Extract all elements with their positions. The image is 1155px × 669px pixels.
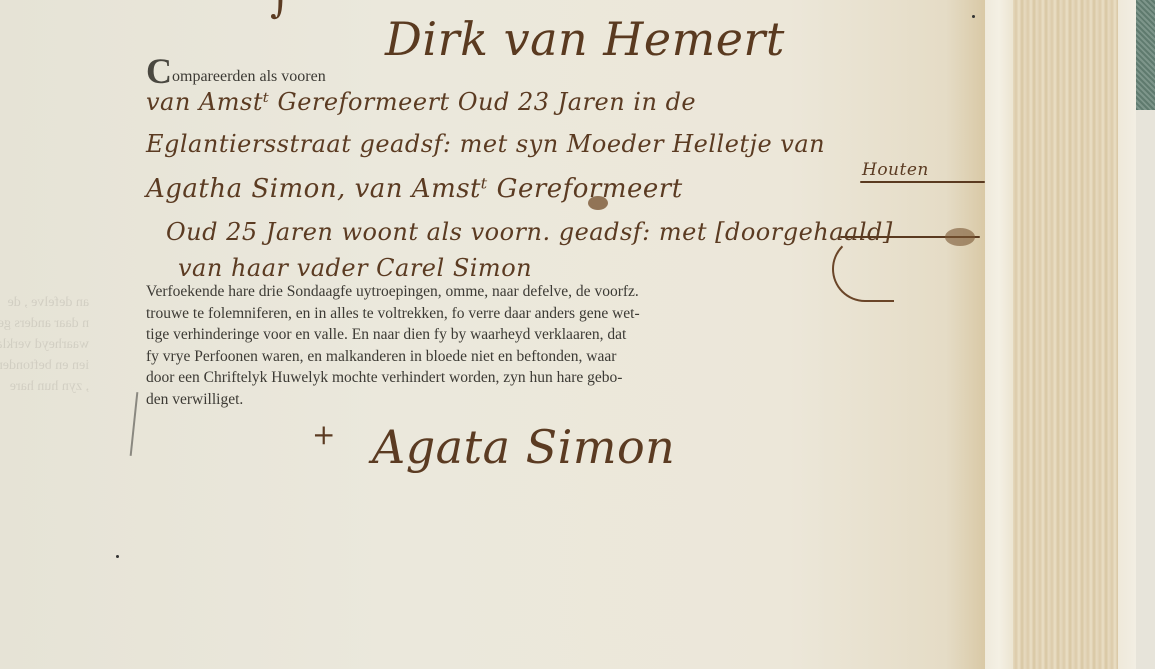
printed-intro: Compareerden als vooren bbox=[146, 50, 326, 92]
printed-body: Verfoekende hare drie Sondaagfe uytroepi… bbox=[146, 281, 876, 410]
ink-blot bbox=[588, 196, 608, 210]
paper-speck bbox=[972, 15, 975, 18]
printed-line: door een Chriftelyk Huwelyk mochte verhi… bbox=[146, 367, 876, 389]
intro-text: ompareerden als vooren bbox=[172, 68, 326, 85]
underline-rule bbox=[860, 181, 985, 183]
background-surface bbox=[1136, 110, 1155, 669]
drop-cap: C bbox=[146, 51, 172, 91]
printed-line: den verwilliget. bbox=[146, 389, 876, 411]
paper-speck bbox=[116, 555, 119, 558]
ink-blot bbox=[945, 228, 975, 246]
printed-line: Verfoekende hare drie Sondaagfe uytroepi… bbox=[146, 281, 876, 303]
page-fold bbox=[985, 0, 1013, 669]
signature-name: Agata Simon bbox=[372, 420, 675, 474]
book-cover-cloth bbox=[1136, 0, 1155, 110]
handwritten-line-houten: Houten bbox=[862, 160, 929, 180]
handwritten-line-4: Oud 25 Jaren woont als voorn. geadsf: me… bbox=[166, 218, 893, 246]
printed-line: trouwe te folemniferen, en in alles te v… bbox=[146, 303, 876, 325]
groom-name-handwritten: Dirk van Hemert bbox=[385, 12, 785, 66]
printed-line: tige verhinderinge voor en valle. En naa… bbox=[146, 324, 876, 346]
book-page-edges bbox=[1013, 0, 1118, 669]
margin-pencil-mark bbox=[130, 392, 139, 456]
signature-mark: + bbox=[312, 418, 336, 451]
register-page: an defelve , de n daar anders ge waarhey… bbox=[0, 0, 985, 669]
ink-flourish-top: ∫ bbox=[270, 0, 291, 22]
handwritten-line-5: van haar vader Carel Simon bbox=[178, 254, 532, 282]
bleed-through-text: an defelve , de n daar anders ge waarhey… bbox=[0, 292, 89, 397]
handwritten-line-1: van Amstᵗ Gereformeert Oud 23 Jaren in d… bbox=[146, 88, 696, 116]
handwritten-line-2: Eglantiersstraat geadsf: met syn Moeder … bbox=[146, 130, 825, 158]
printed-line: fy vrye Perfoonen waren, en malkanderen … bbox=[146, 346, 876, 368]
book-edge-highlight bbox=[1118, 0, 1136, 669]
